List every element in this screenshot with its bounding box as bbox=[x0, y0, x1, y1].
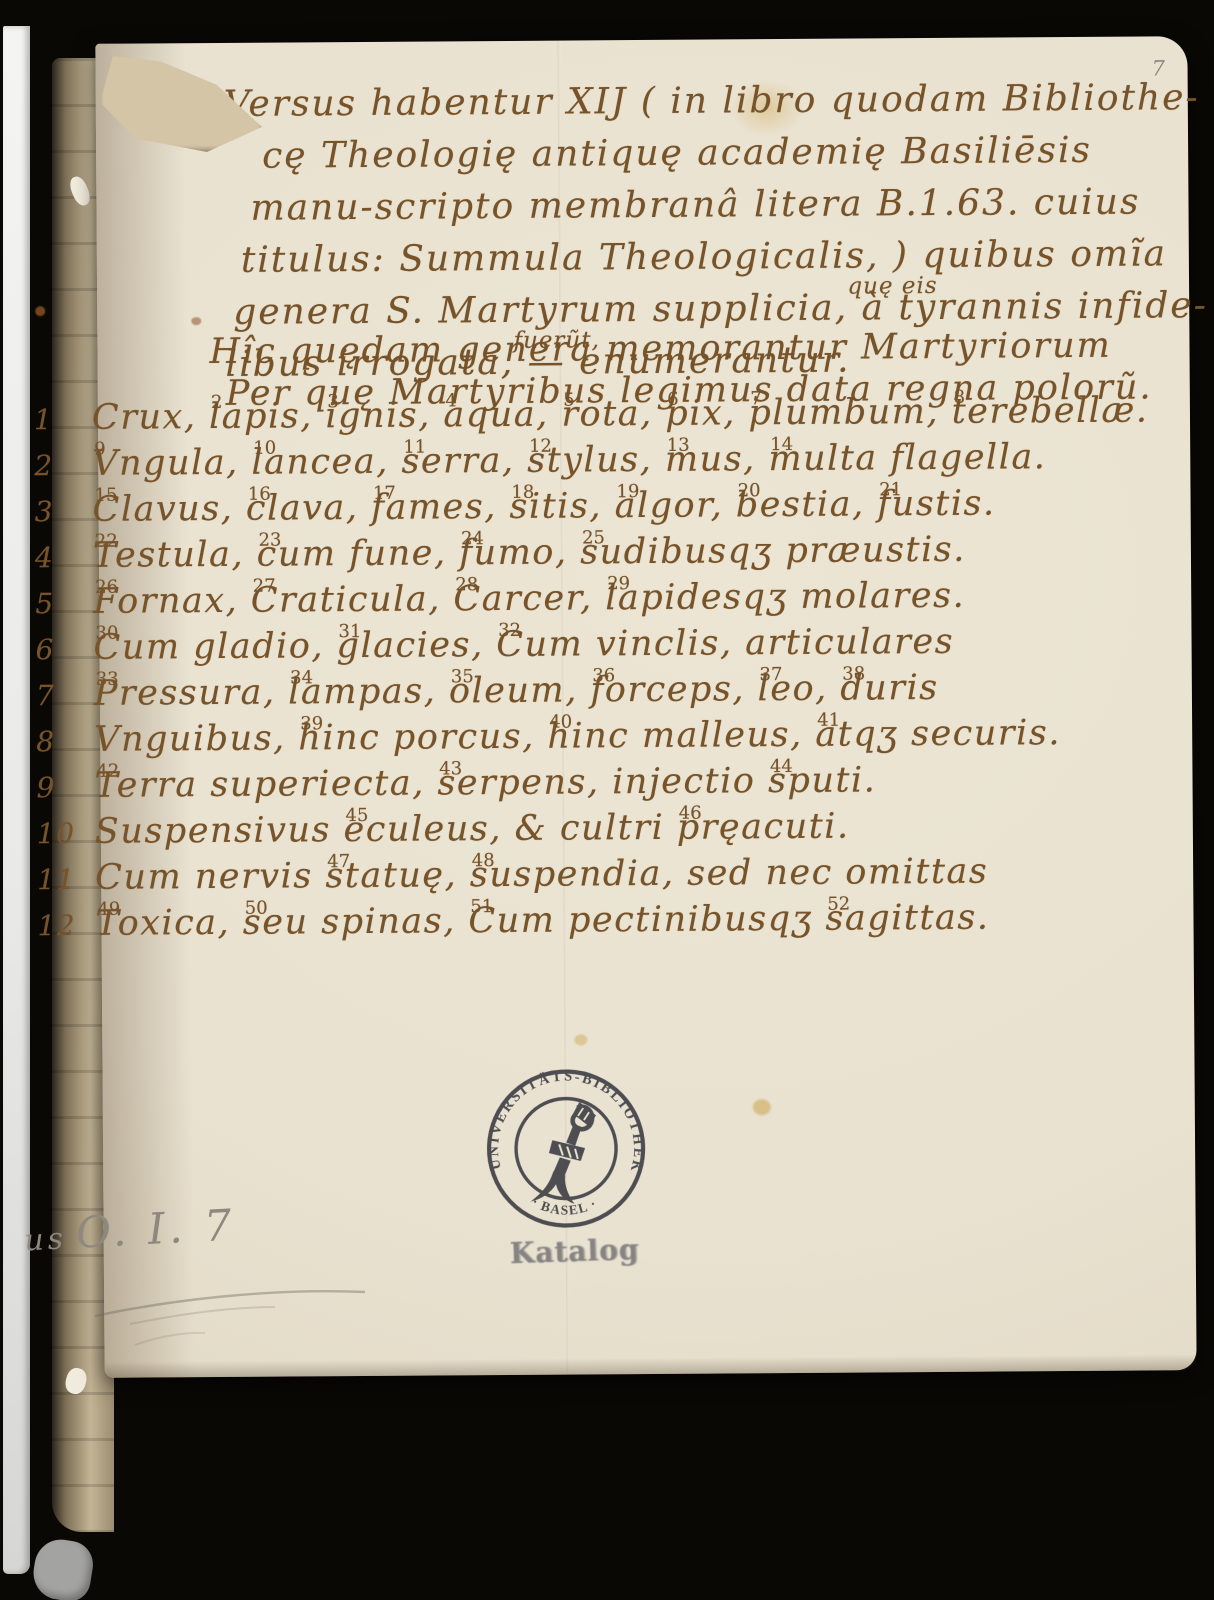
superscript-item-number: 48 bbox=[472, 839, 495, 883]
superscript-item-number: 12 bbox=[529, 425, 552, 469]
text-token: 36forceps, bbox=[590, 669, 757, 710]
superscript-item-number: 8 bbox=[953, 376, 965, 420]
paper-stain bbox=[753, 1099, 771, 1115]
text-token: quę eisà tyrannis infide- bbox=[861, 285, 1208, 328]
text-token: 28Carcer, bbox=[453, 578, 605, 619]
superscript-item-number: 18 bbox=[511, 471, 534, 515]
text-token: 19algor, bbox=[614, 485, 735, 526]
superscript-item-number: 44 bbox=[770, 745, 793, 789]
binding-clasp-remnant bbox=[30, 1536, 97, 1600]
text-token: 33Pressura, bbox=[94, 672, 289, 713]
text-token: molares. bbox=[800, 576, 965, 617]
superscript-item-number: 4 bbox=[445, 379, 457, 423]
superscript-item-number: 40 bbox=[549, 701, 572, 745]
superscript-item-number: 17 bbox=[373, 472, 396, 516]
verse-margin-number: 12 bbox=[37, 904, 95, 948]
superscript-item-number: 39 bbox=[300, 702, 323, 746]
verse-margin-number: 5 bbox=[35, 582, 93, 626]
verse-list-block: 1Crux, 2lapis, 3ignis, 4aqua, 5rota, 6pi… bbox=[34, 388, 1152, 948]
superscript-item-number: 23 bbox=[258, 519, 281, 563]
text-token: 14multa flagella. bbox=[768, 437, 1046, 479]
superscript-item-number: 41 bbox=[817, 699, 840, 743]
text-token: & cultri bbox=[514, 808, 677, 849]
superscript-item-number: 26 bbox=[95, 566, 118, 610]
text-token: manu-scripto membranâ litera B.1.63. cui… bbox=[250, 182, 1140, 229]
superscript-item-number: 9 bbox=[94, 428, 106, 472]
superscript-item-number: 33 bbox=[96, 658, 119, 702]
pencil-shelfmark-number: O. I. 7 bbox=[75, 1200, 237, 1258]
superscript-item-number: 3 bbox=[327, 380, 339, 424]
text-token: 42Terra superiecta, bbox=[94, 763, 437, 805]
text-token: 23cum fune, bbox=[257, 533, 460, 574]
paper-stain bbox=[35, 306, 45, 316]
verse-margin-number: 8 bbox=[36, 720, 94, 764]
header-line: manu-scripto membranâ litera B.1.63. cui… bbox=[250, 176, 1207, 235]
katalog-stamp: Katalog bbox=[509, 1232, 640, 1271]
text-token: cę Theologię antiquę academię Basiliēsis bbox=[262, 130, 1092, 177]
superscript-item-number: 38 bbox=[842, 652, 865, 696]
verse-line: 8Vnguibus, 39hinc porcus, 40hinc malleus… bbox=[36, 710, 1151, 764]
verse-margin-number: 7 bbox=[36, 674, 94, 718]
text-token: 41atqʒ securis. bbox=[815, 713, 1061, 755]
manuscript-page: 7 Versus habentur XIJ ( in libro quodam … bbox=[95, 36, 1196, 1378]
superscript-item-number: 25 bbox=[582, 516, 605, 560]
verse-margin-number: 2 bbox=[34, 444, 92, 488]
superscript-item-number: 27 bbox=[253, 565, 276, 609]
verse-margin-number: 1 bbox=[34, 398, 92, 442]
text-token: Suspensivus bbox=[95, 810, 344, 852]
library-round-stamp: UNIVERSITÄTS-BIBLIOTHEK · BASEL · bbox=[479, 1061, 654, 1236]
superscript-item-number: 51 bbox=[470, 885, 493, 929]
text-token: 49Toxica, bbox=[95, 903, 243, 944]
text-token: Cum nervis bbox=[95, 856, 325, 898]
superscript-item-number: 21 bbox=[879, 468, 902, 512]
text-token: 46pręacuti. bbox=[677, 807, 850, 848]
superscript-item-number: 42 bbox=[96, 750, 119, 794]
superscript-item-number: 29 bbox=[607, 562, 630, 606]
superscript-item-number: 52 bbox=[827, 883, 850, 927]
verse-line: 11Cum nervis 47statuę, 48suspendia, sed … bbox=[37, 848, 1152, 902]
text-token: 8terebellæ. bbox=[952, 390, 1149, 431]
superscript-item-number: 2 bbox=[211, 381, 223, 425]
superscript-item-number: 31 bbox=[338, 610, 361, 654]
text-token: 11serra, bbox=[401, 441, 527, 482]
superscript-item-number: 13 bbox=[667, 424, 690, 468]
superscript-item-number: 35 bbox=[451, 655, 474, 699]
manuscript-scan: 7 Versus habentur XIJ ( in libro quodam … bbox=[0, 0, 1214, 1600]
verse-margin-number: 6 bbox=[35, 628, 93, 672]
text-token: Hîc quędam genera memorantur Martyriorum bbox=[209, 326, 1112, 372]
header-line: Versus habentur XIJ ( in libro quodam Bi… bbox=[224, 72, 1207, 131]
superscript-item-number: 34 bbox=[290, 656, 313, 700]
verse-line: 526Fornax, 27Craticula, 28Carcer, 29lapi… bbox=[35, 572, 1150, 626]
superscript-item-number: 36 bbox=[592, 654, 615, 698]
superscript-item-number: 11 bbox=[403, 426, 426, 470]
text-token: 47statuę, bbox=[325, 855, 470, 896]
superscript-item-number: 49 bbox=[97, 888, 120, 932]
verse-line: 1249Toxica, 50seu spinas, 51Cum pectinib… bbox=[37, 894, 1152, 948]
superscript-item-number: 45 bbox=[345, 794, 368, 838]
text-token: 17fames, bbox=[371, 487, 510, 528]
text-token: Crux, bbox=[92, 397, 209, 438]
basel-crozier-icon bbox=[531, 1101, 597, 1205]
verse-line: 10Suspensivus 45eculeus, & cultri 46pręa… bbox=[37, 802, 1152, 856]
verse-margin-number: 11 bbox=[37, 858, 95, 902]
superscript-item-number: 24 bbox=[461, 517, 484, 561]
text-token: 20bestia, bbox=[736, 484, 878, 525]
text-token: 39hinc porcus, bbox=[298, 717, 547, 759]
text-token: 48suspendia, bbox=[470, 854, 688, 896]
superscript-item-number: 30 bbox=[95, 612, 118, 656]
text-token: 50seu spinas, bbox=[243, 901, 469, 943]
superscript-item-number: 32 bbox=[498, 609, 521, 653]
header-line: cę Theologię antiquę academię Basiliēsis bbox=[262, 124, 1207, 183]
superscript-item-number: 47 bbox=[327, 840, 350, 884]
text-token: Vnguibus, bbox=[94, 718, 298, 759]
verse-margin-number: 3 bbox=[34, 490, 92, 534]
text-token: 38duris bbox=[840, 668, 939, 709]
superscript-item-number: 50 bbox=[245, 887, 268, 931]
verse-line: 1Crux, 2lapis, 3ignis, 4aqua, 5rota, 6pi… bbox=[34, 388, 1149, 442]
verse-margin-number: 10 bbox=[37, 812, 95, 856]
verse-margin-number: 4 bbox=[35, 536, 93, 580]
text-token: Versus habentur XIJ ( in libro quodam Bi… bbox=[224, 77, 1200, 125]
superscript-item-number: 10 bbox=[253, 427, 276, 471]
superscript-item-number: 15 bbox=[94, 474, 117, 518]
superscript-item-number: 14 bbox=[770, 423, 793, 467]
superscript-item-number: 20 bbox=[738, 469, 761, 513]
verse-line: 422Testula, 23cum fune, 24fumo, 25sudibu… bbox=[35, 526, 1150, 580]
verse-line: 942Terra superiecta, 43serpens, injectio… bbox=[36, 756, 1151, 810]
text-token: 52sagittas. bbox=[825, 898, 989, 939]
superscript-item-number: 16 bbox=[248, 473, 271, 517]
text-token: 51Cum pectinibusqʒ bbox=[468, 899, 825, 941]
text-token: præustis. bbox=[785, 530, 966, 571]
superscript-item-number: 7 bbox=[750, 377, 762, 421]
paper-stain bbox=[191, 317, 201, 325]
interlinear-note: quę eis bbox=[847, 260, 938, 313]
text-token: 12stylus, bbox=[527, 440, 665, 481]
text-token: titulus: Summula Theologicalis, ) quibus… bbox=[241, 233, 1167, 280]
text-token: 43serpens, bbox=[437, 762, 612, 803]
facing-page-edge bbox=[3, 26, 30, 1574]
paper-stain bbox=[574, 1034, 587, 1045]
superscript-item-number: 43 bbox=[439, 747, 462, 791]
superscript-item-number: 6 bbox=[667, 378, 679, 422]
superscript-item-number: 5 bbox=[563, 378, 575, 422]
text-token: 5rota, bbox=[561, 394, 665, 435]
superscript-item-number: 46 bbox=[679, 792, 702, 836]
text-token: 44sputi. bbox=[768, 760, 877, 801]
text-token: 29lapidesqʒ bbox=[605, 577, 800, 618]
stamp-ring-text-top: UNIVERSITÄTS-BIBLIOTHEK bbox=[485, 1066, 648, 1175]
superscript-item-number: 19 bbox=[616, 470, 639, 514]
text-token: 21fustis. bbox=[877, 484, 996, 525]
text-token: 32Cum vinclis, bbox=[496, 623, 745, 665]
pencil-shelfmark-prefix: us bbox=[23, 1221, 67, 1258]
verse-margin-number: 9 bbox=[36, 766, 94, 810]
superscript-item-number: 37 bbox=[759, 653, 782, 697]
superscript-item-number: 28 bbox=[455, 563, 478, 607]
verse-line: 29Vngula, 10lancea, 11serra, 12stylus, 1… bbox=[34, 434, 1149, 488]
svg-text:UNIVERSITÄTS-BIBLIOTHEK: UNIVERSITÄTS-BIBLIOTHEK bbox=[485, 1066, 648, 1175]
header-line: titulus: Summula Theologicalis, ) quibus… bbox=[241, 228, 1208, 287]
intro-line: Hîc quędam genera memorantur Martyriorum bbox=[209, 324, 1152, 373]
superscript-item-number: 22 bbox=[95, 520, 118, 564]
verse-line: 733Pressura, 34lampas, 35oleum, 36forcep… bbox=[36, 664, 1151, 718]
